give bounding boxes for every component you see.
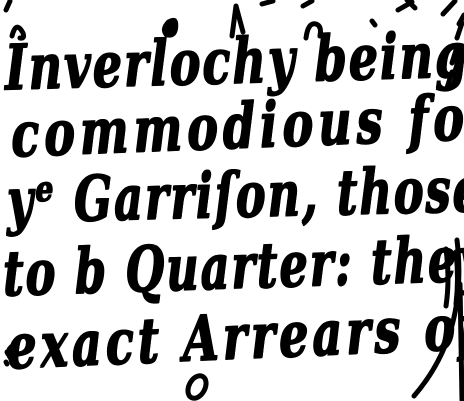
- descender-loop: [184, 373, 209, 401]
- manuscript-page: Inverlochy being commodious for yᵉ Garri…: [0, 0, 464, 401]
- handwriting-line-2: commodious for: [10, 85, 464, 165]
- handwriting-line-5: exact Arrears of: [6, 295, 464, 377]
- handwriting-line-3: yᵉ Garriſon, those: [6, 157, 464, 231]
